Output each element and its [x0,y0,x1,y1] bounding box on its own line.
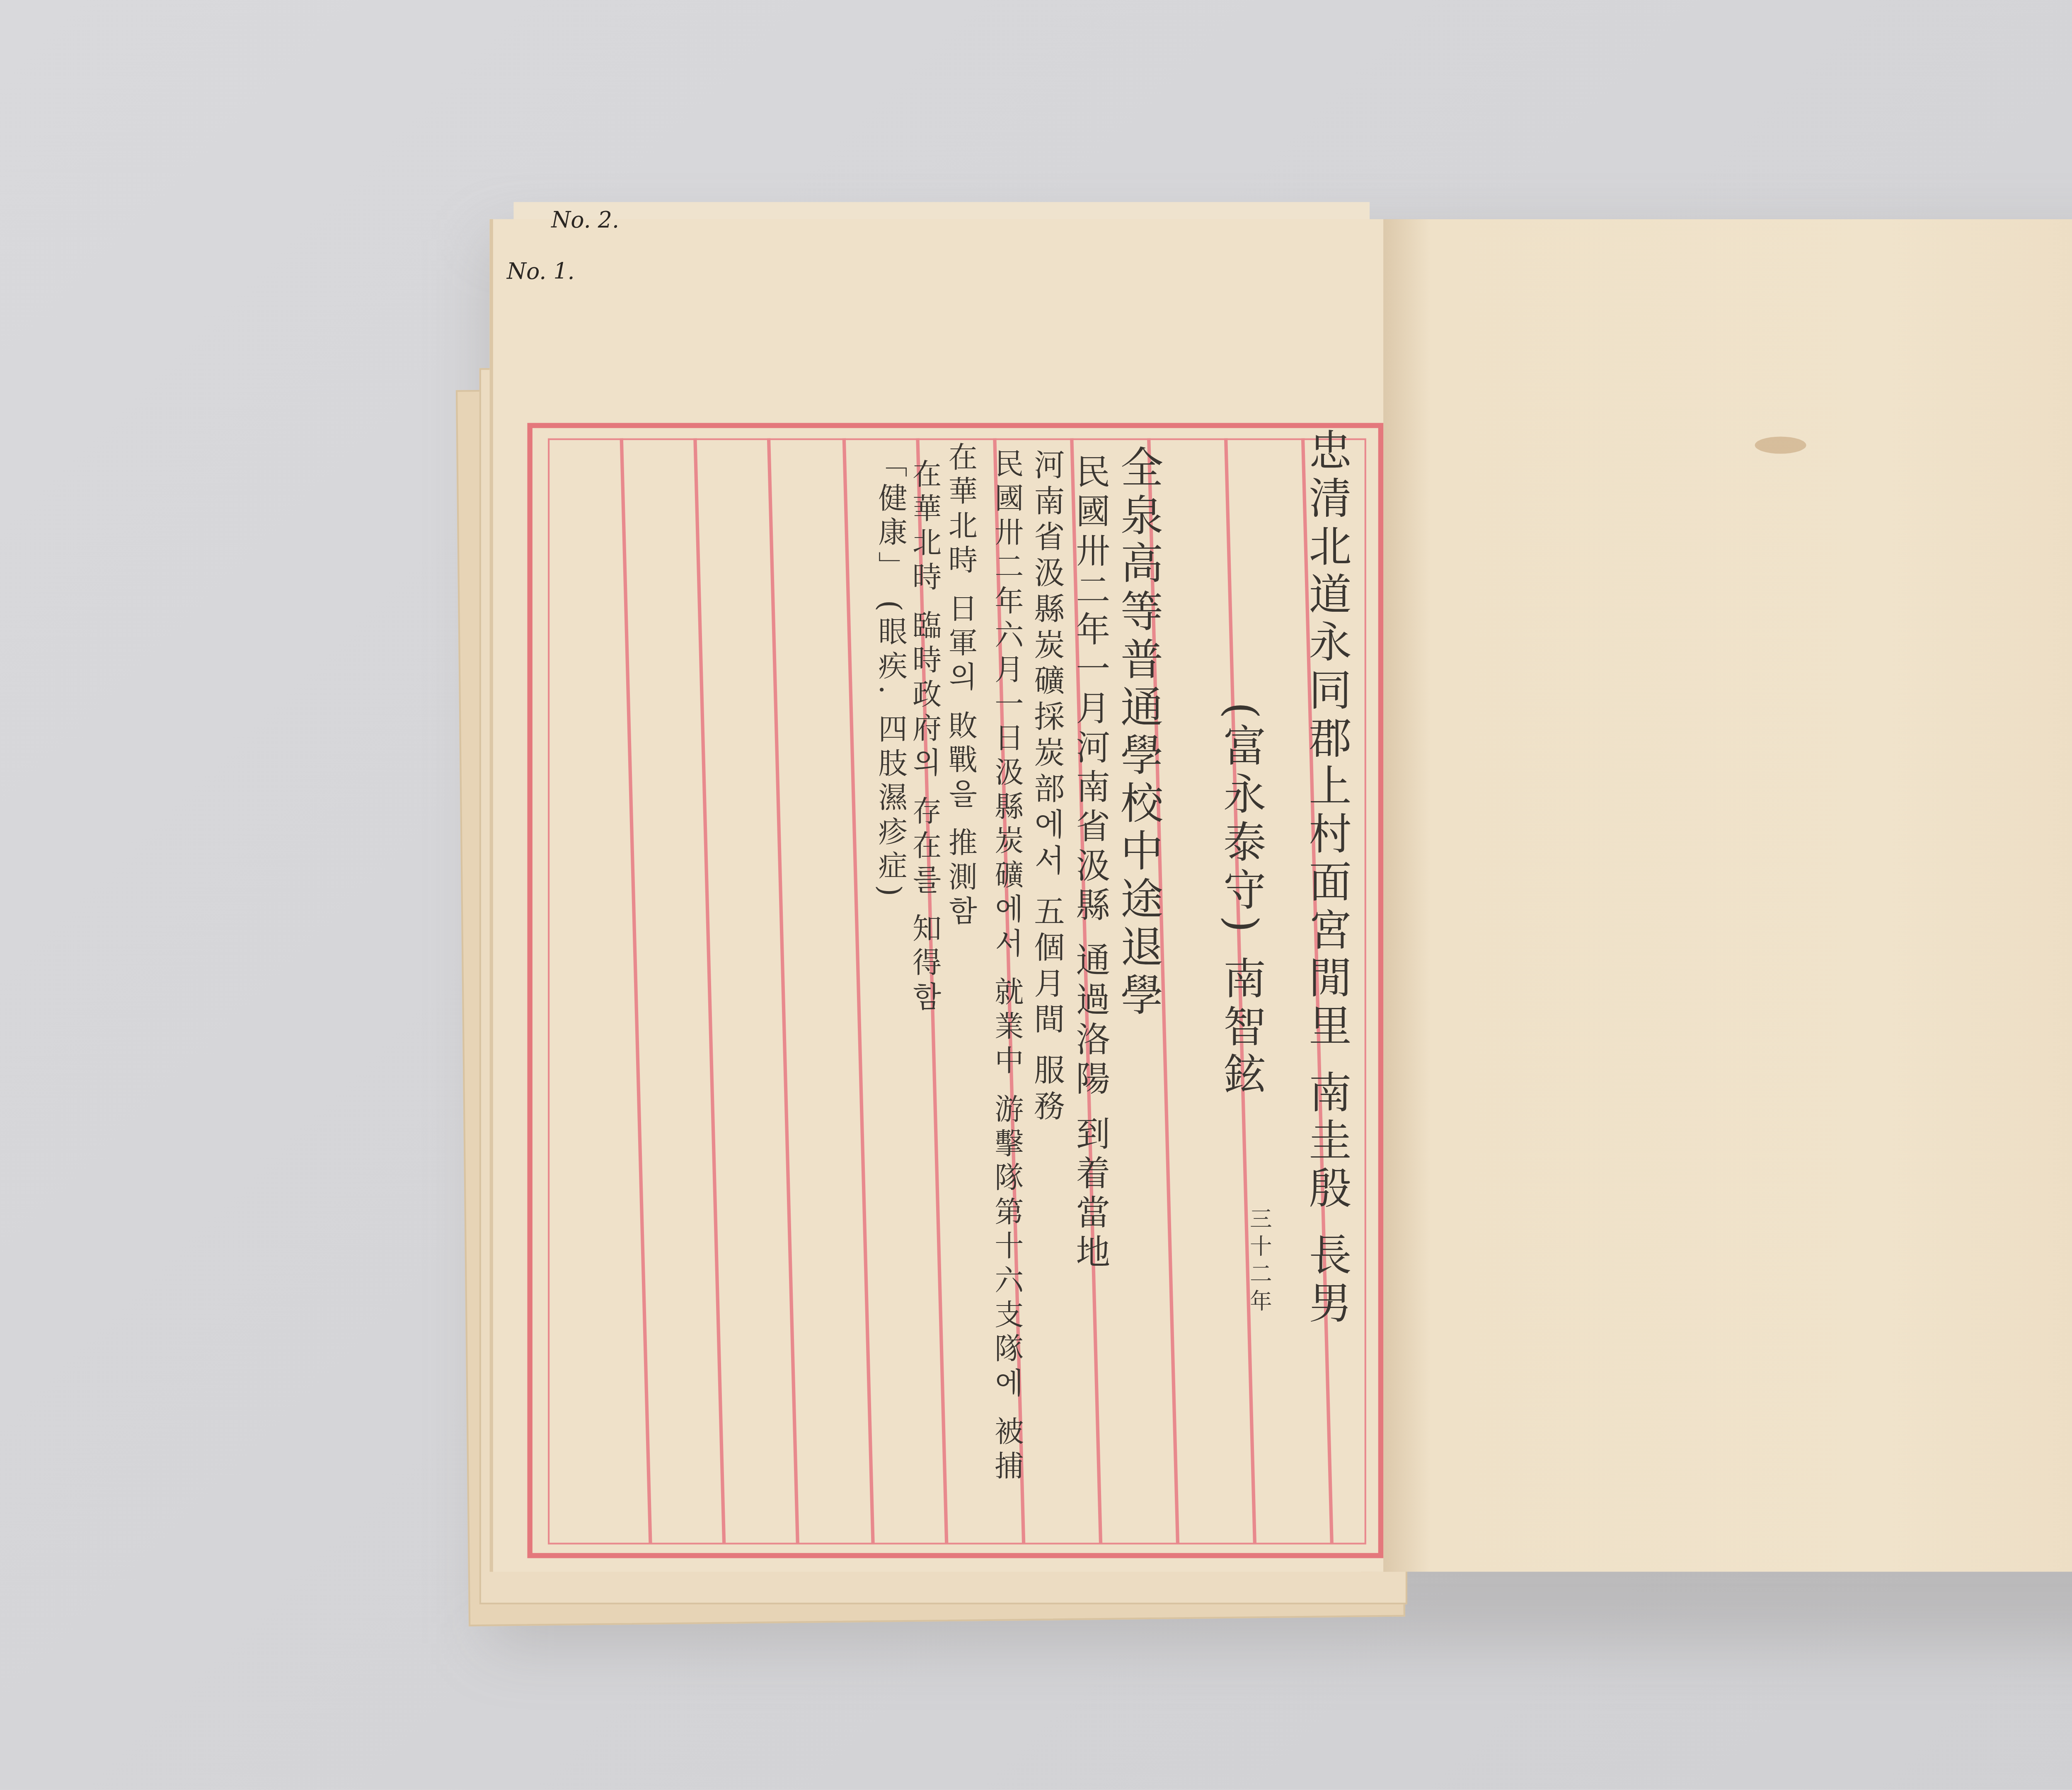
text-column-1: 忠清北道永同郡上村面宮閒里 南圭殷 長男 [1306,428,1349,1329]
text-column-7: 在華北時 日軍의 敗戰을 推測함 [943,442,972,930]
right-page-blank [1361,219,2072,1572]
text-column-5: 河南省汲縣炭礦採炭部에서 五個月間 服務 [1031,448,1061,1126]
photo-stage: No. 2. No. 1. 忠清北道永同郡上村面宮閒里 南圭殷 長男 (富永泰守… [0,0,2072,1789]
text-column-6: 民國卅二年六月一日汲縣炭礦에서 就業中 游擊隊第十六支隊에 被捕 [990,448,1019,1485]
page-mark-2: No. 2. [551,209,619,235]
text-column-2-annotation: 三十二年 [1247,1207,1269,1317]
paper-stain [1755,437,1806,454]
text-column-3: 全泉高等普通學校中途退學 [1118,445,1161,1020]
text-column-9: 「健康」 (眼疾. 四肢濕疹症) [873,448,902,901]
text-column-2: (富永泰守) 南智鉉 [1221,702,1264,1100]
page-mark-1: No. 1. [507,260,575,286]
text-column-8: 在華北時 臨時政府의 存在를 知得함 [908,459,937,1016]
text-column-4: 民國卅二年一月河南省汲縣 通過洛陽 到着當地 [1073,454,1108,1274]
